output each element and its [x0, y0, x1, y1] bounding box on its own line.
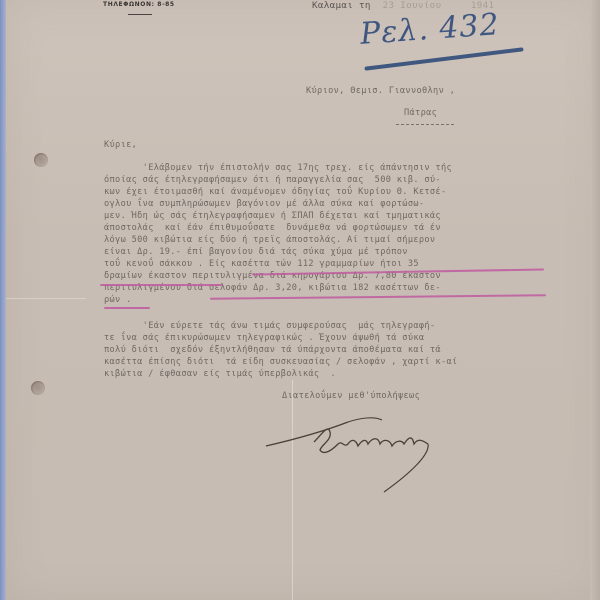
- body-line: κων έχει έτοιμασθή καί άναμένομεν όδηγία…: [104, 187, 446, 197]
- body-line: πολύ διότι σχεδόν έξηντλήθησαν τά ύπάρχο…: [104, 345, 441, 355]
- body-line: είναι Δρ. 19.- έπί βαγονίου διά τάς σύκα…: [104, 247, 408, 257]
- letterhead-rule: [128, 14, 152, 15]
- salutation: Κύριε,: [104, 140, 137, 150]
- body-line: κασέττα έπίσης διότι τά είδη συσκευασίας…: [104, 357, 458, 367]
- address-underline: [396, 124, 454, 125]
- punch-hole-bottom: [31, 381, 45, 395]
- paper-crease: [6, 298, 86, 299]
- date-prefix: Καλαμαι τη: [312, 0, 371, 11]
- body-line: 'Ελάβομεν τήν έπιστολήν σας 17ης τρεχ. ε…: [104, 163, 452, 173]
- punch-hole-top: [34, 153, 48, 167]
- body-line: 'Εάν εύρετε τάς άνω τιμάς συμφερούσας μά…: [104, 321, 435, 331]
- body-line: τε ΐνα σάς έπικυρώσωμεν τηλεγραφικώς . Έ…: [104, 333, 424, 343]
- body-line: ογλου ΐνα συμπληρώσωμεν βαγόνιον μέ άλλα…: [104, 199, 424, 209]
- handwritten-signature: [262, 410, 482, 500]
- recipient-name: Κύριον, Θεμισ. Γιαννοθλην ,: [306, 86, 455, 96]
- closing-line: Διατελοΰμεν μεθ'ύπολήψεως: [282, 391, 420, 401]
- paper-right-edge: [590, 0, 600, 600]
- body-line: λόγω 500 κιβώτια είς δύο ή τρεϊς άποστολ…: [104, 235, 435, 245]
- letter-paper: [6, 0, 600, 600]
- highlight-underline-2: [100, 284, 222, 286]
- body-line: κιβώτια / έφθασαν είς τιμάς ύπερβολικάς …: [104, 369, 336, 379]
- body-line: όποίας σάς έτηλεγραφήσαμεν ότι ή παραγγε…: [104, 175, 441, 185]
- recipient-city: Πάτρας: [404, 108, 437, 118]
- body-line: τοΰ κενοΰ σάκκου . Είς κασέττα τών 112 γ…: [104, 259, 419, 269]
- body-line: ρών .: [104, 295, 132, 305]
- letterhead-phone: ΤΗΛΕΦΩΝΟΝ: 8-85: [103, 1, 175, 8]
- body-line: άποστολάς καί έάν έπιθυμοΰσατε δυνάμεθα …: [104, 223, 441, 233]
- date-day-month: 23 Ιουνίου: [383, 0, 442, 11]
- body-line: μεν. Ήδη ώς σάς έτηλεγραφήσαμεν ή ΣΠΑΠ δ…: [104, 211, 441, 221]
- highlight-underline-4: [104, 307, 150, 309]
